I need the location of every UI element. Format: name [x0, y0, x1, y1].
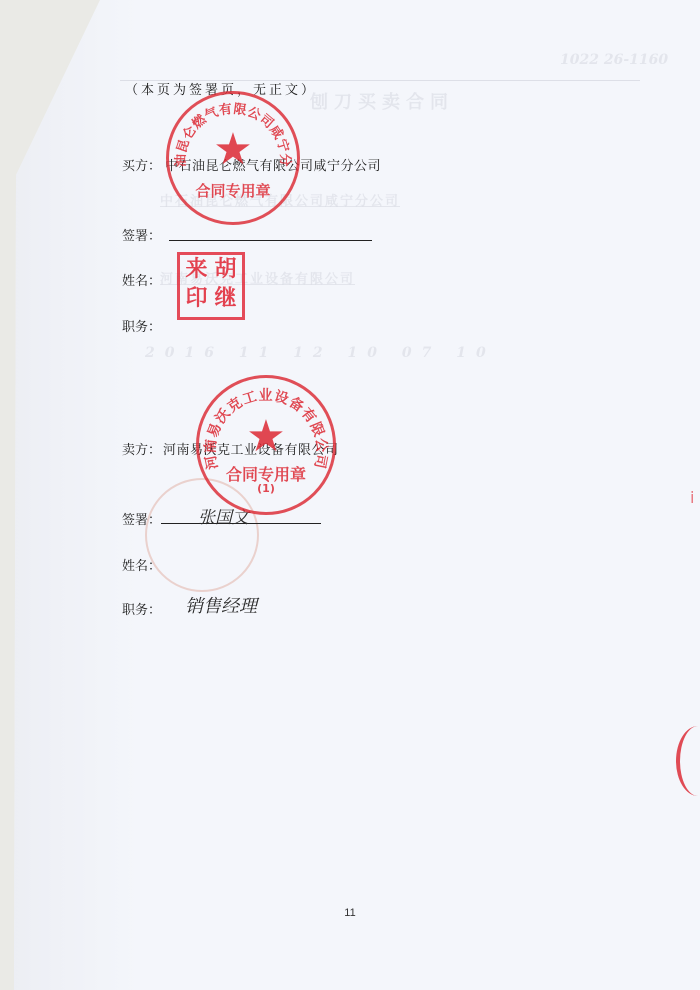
- ghost-title: 刨刀买卖合同: [310, 88, 454, 114]
- edge-seal-arc: [676, 726, 700, 796]
- page-number: 11: [0, 907, 700, 919]
- buyer-title-label: 职务：: [122, 316, 161, 335]
- seller-label: 卖方：: [122, 439, 161, 458]
- seller-title-value: 销售经理: [185, 592, 257, 618]
- stamp-char: 胡: [211, 257, 240, 286]
- edge-seal-fragment: i: [690, 488, 694, 507]
- stamp-char: 来: [182, 257, 211, 286]
- stamp-char: 印: [182, 286, 211, 315]
- seller-name-label: 姓名：: [122, 555, 161, 574]
- star-icon: ★: [246, 415, 285, 459]
- stamp-char: 继: [211, 286, 240, 315]
- buyer-name-stamp: 来 胡 印 继: [177, 252, 245, 320]
- star-icon: ★: [213, 128, 252, 172]
- buyer-name-label: 姓名：: [122, 270, 161, 289]
- buyer-company-seal: 中石油昆仑燃气有限公司咸宁分公司 ★ 合同专用章: [166, 91, 300, 225]
- ghost-reference-number: 1022 26-1160: [560, 52, 668, 68]
- seller-signature-label: 签署：: [122, 509, 161, 528]
- seller-title-label: 职务：: [122, 599, 161, 618]
- buyer-signature-line: [169, 240, 372, 241]
- ghost-date-line: 2016 11 12 10 07 10: [145, 345, 496, 361]
- seller-seal-sub-text: (1): [257, 482, 275, 495]
- buyer-seal-bottom-text: 合同专用章: [195, 180, 270, 201]
- seller-company-seal: 河南易沃克工业设备有限公司 ★ 合同专用章 (1): [196, 375, 336, 515]
- document-page: 1022 26-1160 刨刀买卖合同 中石油昆仑燃气有限公司咸宁分公司 河南易…: [0, 0, 700, 990]
- buyer-label: 买方：: [122, 155, 161, 174]
- buyer-signature-label: 签署：: [122, 225, 161, 244]
